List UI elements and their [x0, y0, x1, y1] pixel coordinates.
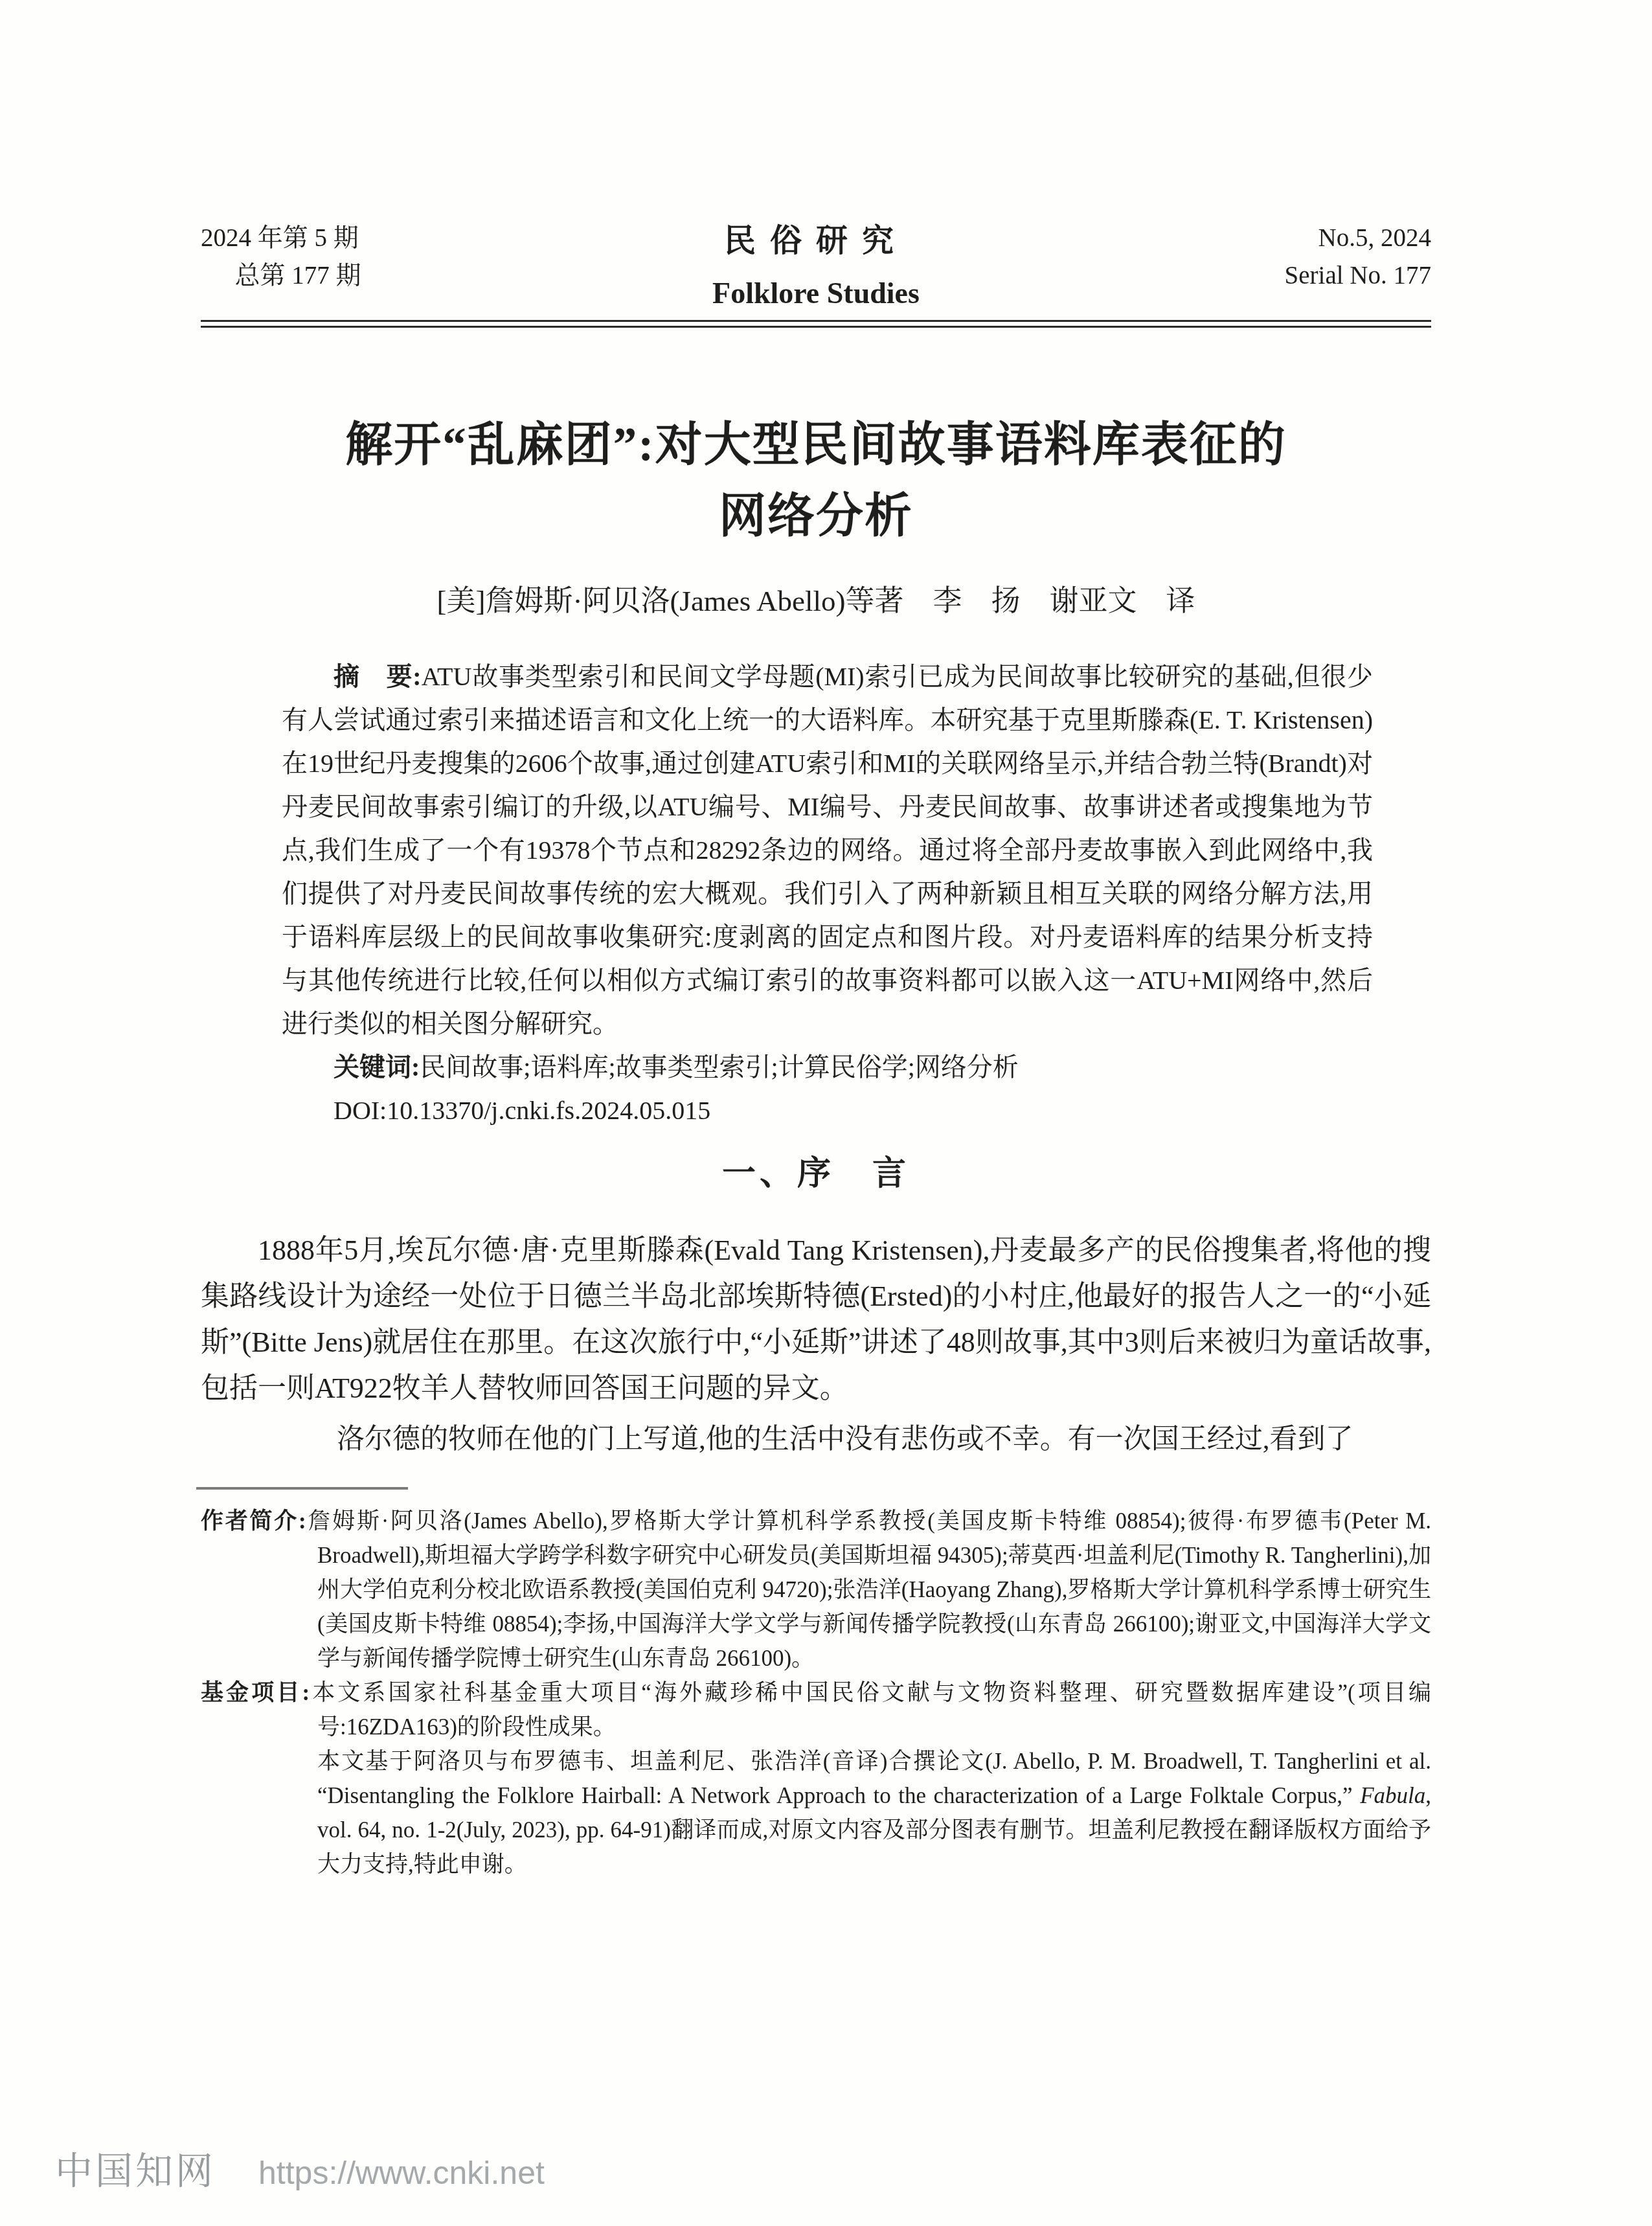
issue-serial-cn: 总第 177 期 [201, 262, 395, 290]
footnote-translation-note: 本文基于阿洛贝与布罗德韦、坦盖利尼、张浩洋(音译)合撰论文(J. Abello,… [201, 1744, 1431, 1881]
footnote-funding-label: 基金项目: [201, 1680, 310, 1705]
journal-header: 2024 年第 5 期 总第 177 期 民俗研究 Folklore Studi… [201, 224, 1431, 310]
cnki-brand-text: 中国知网 [55, 2141, 216, 2195]
body-quote-line: 洛尔德的牧师在他的门上写道,他的生活中没有悲伤或不幸。有一次国王经过,看到了 [201, 1416, 1431, 1462]
section-heading-intro: 一、序 言 [201, 1149, 1431, 1199]
journal-name-chinese: 民俗研究 [473, 224, 1159, 258]
abstract-paragraph: 摘 要:ATU故事类型索引和民间文学母题(MI)索引已成为民间故事比较研究的基础… [282, 655, 1373, 1045]
footnote-separator-rule [196, 1487, 408, 1490]
authors-line: [美]詹姆斯·阿贝洛(James Abello)等著 李 扬 谢亚文 译 [201, 584, 1431, 619]
abstract-label: 摘 要: [334, 662, 422, 691]
footnote-author-bio: 作者简介:詹姆斯·阿贝洛(James Abello),罗格斯大学计算机科学系教授… [201, 1504, 1431, 1675]
journal-name: 民俗研究 Folklore Studies [473, 224, 1159, 310]
journal-name-english: Folklore Studies [473, 277, 1159, 310]
keywords-line: 关键词:民间故事;语料库;故事类型索引;计算民俗学;网络分析 [282, 1045, 1373, 1089]
footnote-translation-journal-name: Fabula [1360, 1783, 1425, 1808]
article-title-line2: 网络分析 [201, 481, 1431, 552]
keywords-label: 关键词: [334, 1052, 420, 1082]
cnki-watermark: 中国知网 https://www.cnki.net [55, 2141, 545, 2195]
article-title-line1: 解开“乱麻团”:对大型民间故事语料库表征的 [201, 409, 1431, 481]
footnote-author-bio-text: 詹姆斯·阿贝洛(James Abello),罗格斯大学计算机科学系教授(美国皮斯… [306, 1508, 1431, 1671]
issue-serial-en: Serial No. 177 [1159, 262, 1431, 290]
article-title: 解开“乱麻团”:对大型民间故事语料库表征的 网络分析 [201, 409, 1431, 552]
body-paragraph-1: 1888年5月,埃瓦尔德·唐·克里斯滕森(Evald Tang Kristens… [201, 1227, 1431, 1411]
issue-number-en: No.5, 2024 [1159, 224, 1431, 253]
footnote-author-bio-label: 作者简介: [201, 1508, 306, 1534]
issue-year-number: 2024 年第 5 期 [201, 224, 473, 253]
header-divider-rule [201, 320, 1431, 328]
doi-line: DOI:10.13370/j.cnki.fs.2024.05.015 [282, 1089, 1373, 1132]
footnote-funding: 基金项目:本文系国家社科基金重大项目“海外藏珍稀中国民俗文献与文物资料整理、研究… [201, 1675, 1431, 1744]
cnki-url-text: https://www.cnki.net [258, 2154, 545, 2192]
header-issue-info: 2024 年第 5 期 总第 177 期 [201, 224, 473, 290]
abstract-text: ATU故事类型索引和民间文学母题(MI)索引已成为民间故事比较研究的基础,但很少… [282, 662, 1373, 1038]
page-content: 2024 年第 5 期 总第 177 期 民俗研究 Folklore Studi… [0, 224, 1652, 1881]
keywords-text: 民间故事;语料库;故事类型索引;计算民俗学;网络分析 [420, 1052, 1018, 1082]
footnote-translation-pre: 本文基于阿洛贝与布罗德韦、坦盖利尼、张浩洋(音译)合撰论文(J. Abello,… [317, 1749, 1431, 1808]
footnote-funding-text: 本文系国家社科基金重大项目“海外藏珍稀中国民俗文献与文物资料整理、研究暨数据库建… [310, 1680, 1431, 1740]
header-issue-info-en: No.5, 2024 Serial No. 177 [1159, 224, 1431, 290]
journal-page: 2024 年第 5 期 总第 177 期 民俗研究 Folklore Studi… [0, 0, 1652, 2226]
footnotes-block: 作者简介:詹姆斯·阿贝洛(James Abello),罗格斯大学计算机科学系教授… [201, 1504, 1431, 1881]
